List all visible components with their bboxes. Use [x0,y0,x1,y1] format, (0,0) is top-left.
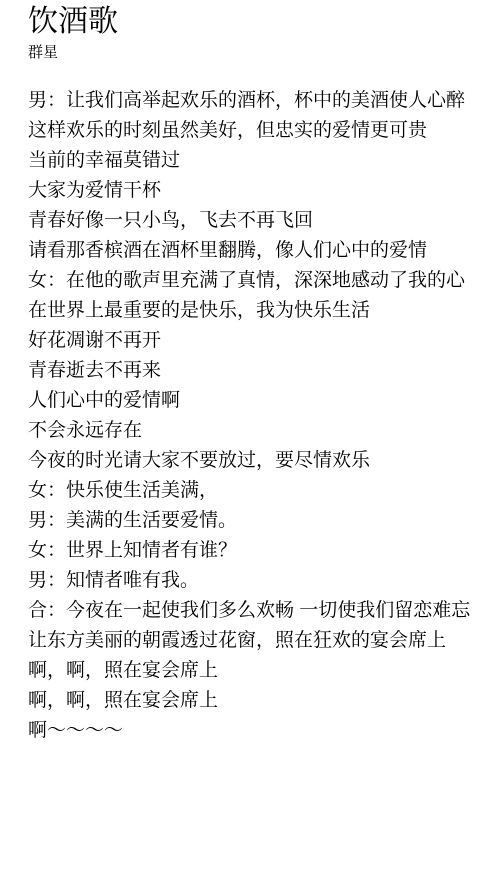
lyric-line: 不会永远存在 [28,416,498,446]
lyric-line: 这样欢乐的时刻虽然美好，但忠实的爱情更可贵 [28,116,498,146]
lyric-line: 在世界上最重要的是快乐，我为快乐生活 [28,296,498,326]
lyric-line: 啊～～～～ [28,716,498,746]
lyric-line: 男：知情者唯有我。 [28,566,498,596]
lyric-line: 让东方美丽的朝霞透过花窗，照在狂欢的宴会席上 [28,626,498,656]
lyric-line: 青春逝去不再来 [28,356,498,386]
lyric-line: 男：美满的生活要爱情。 [28,506,498,536]
lyric-line: 大家为爱情干杯 [28,176,498,206]
lyric-line: 合：今夜在一起使我们多么欢畅 一切使我们留恋难忘 [28,596,498,626]
song-title: 饮酒歌 [28,5,498,39]
lyric-line: 啊，啊，照在宴会席上 [28,686,498,716]
lyric-line: 青春好像一只小鸟，飞去不再飞回 [28,206,498,236]
lyric-line: 请看那香槟酒在酒杯里翻腾，像人们心中的爱情 [28,236,498,266]
artist-name: 群星 [28,43,498,62]
lyric-line: 好花凋谢不再开 [28,326,498,356]
lyric-line: 人们心中的爱情啊 [28,386,498,416]
lyric-line: 女：快乐使生活美满， [28,476,498,506]
lyrics-page: 饮酒歌 群星 男：让我们高举起欢乐的酒杯，杯中的美酒使人心醉 这样欢乐的时刻虽然… [0,0,500,880]
lyrics-body: 男：让我们高举起欢乐的酒杯，杯中的美酒使人心醉 这样欢乐的时刻虽然美好，但忠实的… [28,86,498,746]
lyric-line: 男：让我们高举起欢乐的酒杯，杯中的美酒使人心醉 [28,86,498,116]
lyric-line: 啊，啊，照在宴会席上 [28,656,498,686]
lyric-line: 女：世界上知情者有谁？ [28,536,498,566]
lyric-line: 女：在他的歌声里充满了真情，深深地感动了我的心 [28,266,498,296]
lyric-line: 今夜的时光请大家不要放过，要尽情欢乐 [28,446,498,476]
lyric-line: 当前的幸福莫错过 [28,146,498,176]
